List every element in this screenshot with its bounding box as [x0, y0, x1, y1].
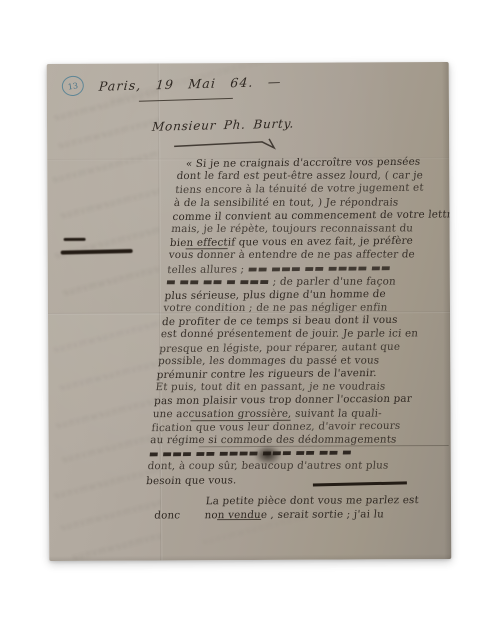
letter-line: besoin que vous.: [146, 472, 439, 488]
paper-edge-shade-right: [442, 62, 452, 559]
underline-stroke-vendue: [217, 519, 261, 520]
ink-blot: [254, 445, 282, 465]
letter-line: tiens encore à la ténuité de votre jugem…: [175, 182, 452, 198]
closing-line: La petite pièce dont vous me parlez est: [205, 493, 451, 508]
photo-backdrop: nuvemnwumeunvmnuewmvnue nuvemnwumeunvmnu…: [0, 0, 500, 625]
margin-ink-streak-small: [64, 238, 86, 241]
stamp-number: 13: [67, 81, 78, 91]
letter-paper: nuvemnwumeunvmnuewmvnue nuvemnwumeunvmnu…: [47, 62, 452, 561]
body-text: « Si je ne craignais d'accroître vos pen…: [146, 156, 452, 487]
salutation-flourish: [172, 137, 284, 152]
letter-line: dont, à coup sûr, beaucoup d'autres ont …: [147, 460, 440, 474]
closing-line: donc non vendue , serait sortie ; j'ai l…: [154, 507, 452, 523]
letter-line: est donné présentement de jouir. Je parl…: [160, 328, 451, 342]
fold-quadrant-shade: [48, 312, 160, 561]
paper-edge-shade-bottom: [49, 554, 451, 561]
letter-line: vous donner à entendre de ne pas affecte…: [168, 249, 451, 263]
underline-stroke-effectif: [186, 248, 228, 249]
closing-text: La petite pièce dont vous me parlez est …: [162, 493, 452, 523]
letter-line: à de la sensibilité en tout, ) Je répond…: [173, 196, 451, 210]
letter-line: pas mon plaisir vous trop donner l'occas…: [153, 393, 446, 409]
letter-line-redacted: telles allures ; ▬▬ ▬▬▬ ▬▬ ▬▬▬▬ ▬▬: [167, 261, 452, 277]
